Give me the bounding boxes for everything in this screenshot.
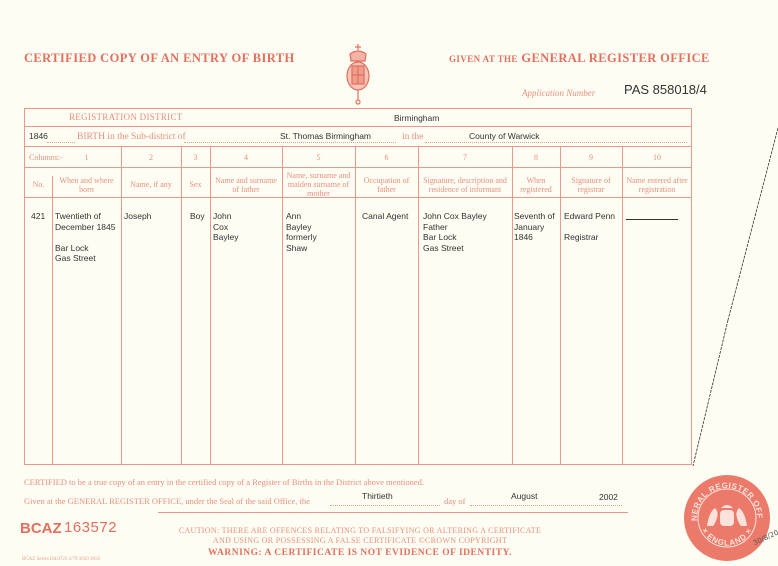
entry-father: John Cox Bayley — [213, 211, 239, 243]
column-number: 5 — [282, 153, 355, 162]
footer-rule — [158, 512, 628, 513]
row-divider — [25, 126, 691, 127]
serial-number: 163572 — [64, 519, 117, 536]
column-divider — [282, 146, 283, 464]
entry-name: Joseph — [124, 211, 151, 222]
row-divider — [25, 146, 691, 147]
entry-when-where-born: Twentieth of December 1845 Bar Lock Gas … — [55, 211, 115, 264]
given-at-prefix: GIVEN AT THE — [449, 54, 518, 64]
issue-year: 2002 — [599, 492, 618, 503]
column-divider — [121, 146, 122, 464]
registration-district-value: Birmingham — [394, 113, 439, 124]
entry-occupation: Canal Agent — [362, 211, 408, 222]
column-number: 9 — [560, 153, 622, 162]
column-header-informant: Signature, description and residence of … — [421, 176, 509, 194]
column-divider — [355, 146, 356, 464]
birth-subdistrict-label: BIRTH in the Sub-district of — [77, 133, 186, 142]
column-divider — [622, 146, 623, 464]
column-number: 2 — [121, 153, 181, 162]
entry-when-registered: Seventh of January 1846 — [514, 211, 555, 243]
column-divider — [52, 176, 53, 464]
warning-text: WARNING: A CERTIFICATE IS NOT EVIDENCE O… — [150, 548, 570, 558]
row-divider — [25, 167, 691, 168]
column-header-when-registered: When registered — [515, 176, 557, 194]
entry-name-after-blank — [626, 219, 678, 220]
column-number: 4 — [210, 153, 282, 162]
entry-registrar: Edward Penn Registrar — [564, 211, 615, 243]
general-register-office-title: GENERAL REGISTER OFFICE — [521, 51, 709, 65]
subdistrict-value: St. Thomas Birmingham — [280, 131, 371, 142]
column-header-sex: Sex — [181, 180, 210, 189]
royal-crest-icon — [345, 42, 371, 106]
caution-line-1: CAUTION: THERE ARE OFFENCES RELATING TO … — [150, 526, 570, 535]
registration-district-label: REGISTRATION DISTRICT — [69, 113, 183, 122]
in-the-label: in the — [402, 133, 423, 142]
column-number: 3 — [181, 153, 210, 162]
column-number: 10 — [622, 153, 692, 162]
column-header-mother: Name, surname and maiden surname of moth… — [285, 171, 352, 198]
series-line: BCAZ Series Dd.0723 2/79 3030 3656 — [22, 557, 100, 562]
year: 1846 — [29, 131, 48, 142]
column-number: 1 — [52, 153, 121, 162]
given-at-heading: GIVEN AT THE GENERAL REGISTER OFFICE — [449, 51, 710, 66]
column-header-no: No. — [25, 180, 52, 189]
column-divider — [181, 146, 182, 464]
column-number: 7 — [418, 153, 512, 162]
column-divider — [418, 146, 419, 464]
application-number: PAS 858018/4 — [624, 82, 707, 97]
serial-prefix: BCAZ — [20, 520, 62, 537]
given-under-seal-statement: Given at the GENERAL REGISTER OFFICE, un… — [24, 496, 310, 506]
application-number-label: Application Number — [522, 88, 595, 98]
column-header-father: Name and surname of father — [214, 176, 278, 194]
column-number: 6 — [355, 153, 418, 162]
column-header-name-after: Name entered after registration — [624, 176, 690, 194]
column-header-registrar: Signature of registrar — [563, 176, 619, 194]
entry-informant: John Cox Bayley Father Bar Lock Gas Stre… — [423, 211, 487, 253]
entry-mother: Ann Bayley formerly Shaw — [286, 211, 317, 253]
caution-line-2: AND USING OR POSSESSING A FALSE CERTIFIC… — [150, 536, 570, 545]
general-register-office-seal-icon: GENERAL REGISTER OFFICE × ENGLAND × — [683, 474, 771, 562]
column-divider — [210, 146, 211, 464]
county-value: County of Warwick — [469, 131, 540, 142]
issue-day: Thirtieth — [362, 491, 393, 502]
column-header-when-where-born: When and where born — [55, 176, 118, 194]
entry-sex: Boy — [190, 211, 205, 222]
certified-statement: CERTIFIED to be a true copy of an entry … — [24, 477, 424, 487]
column-header-occupation: Occupation of father — [358, 176, 415, 194]
certificate-title: CERTIFIED COPY OF AN ENTRY OF BIRTH — [24, 51, 295, 66]
column-divider — [512, 146, 513, 464]
day-of-label: day of — [444, 496, 465, 506]
column-divider — [560, 146, 561, 464]
row-divider — [25, 197, 691, 198]
issue-month: August — [511, 491, 537, 502]
entry-number: 421 — [31, 211, 45, 222]
register-entry-table: REGISTRATION DISTRICT Birmingham 1846 BI… — [24, 108, 692, 465]
column-header-name: Name, if any — [121, 180, 181, 189]
column-number: 8 — [512, 153, 560, 162]
